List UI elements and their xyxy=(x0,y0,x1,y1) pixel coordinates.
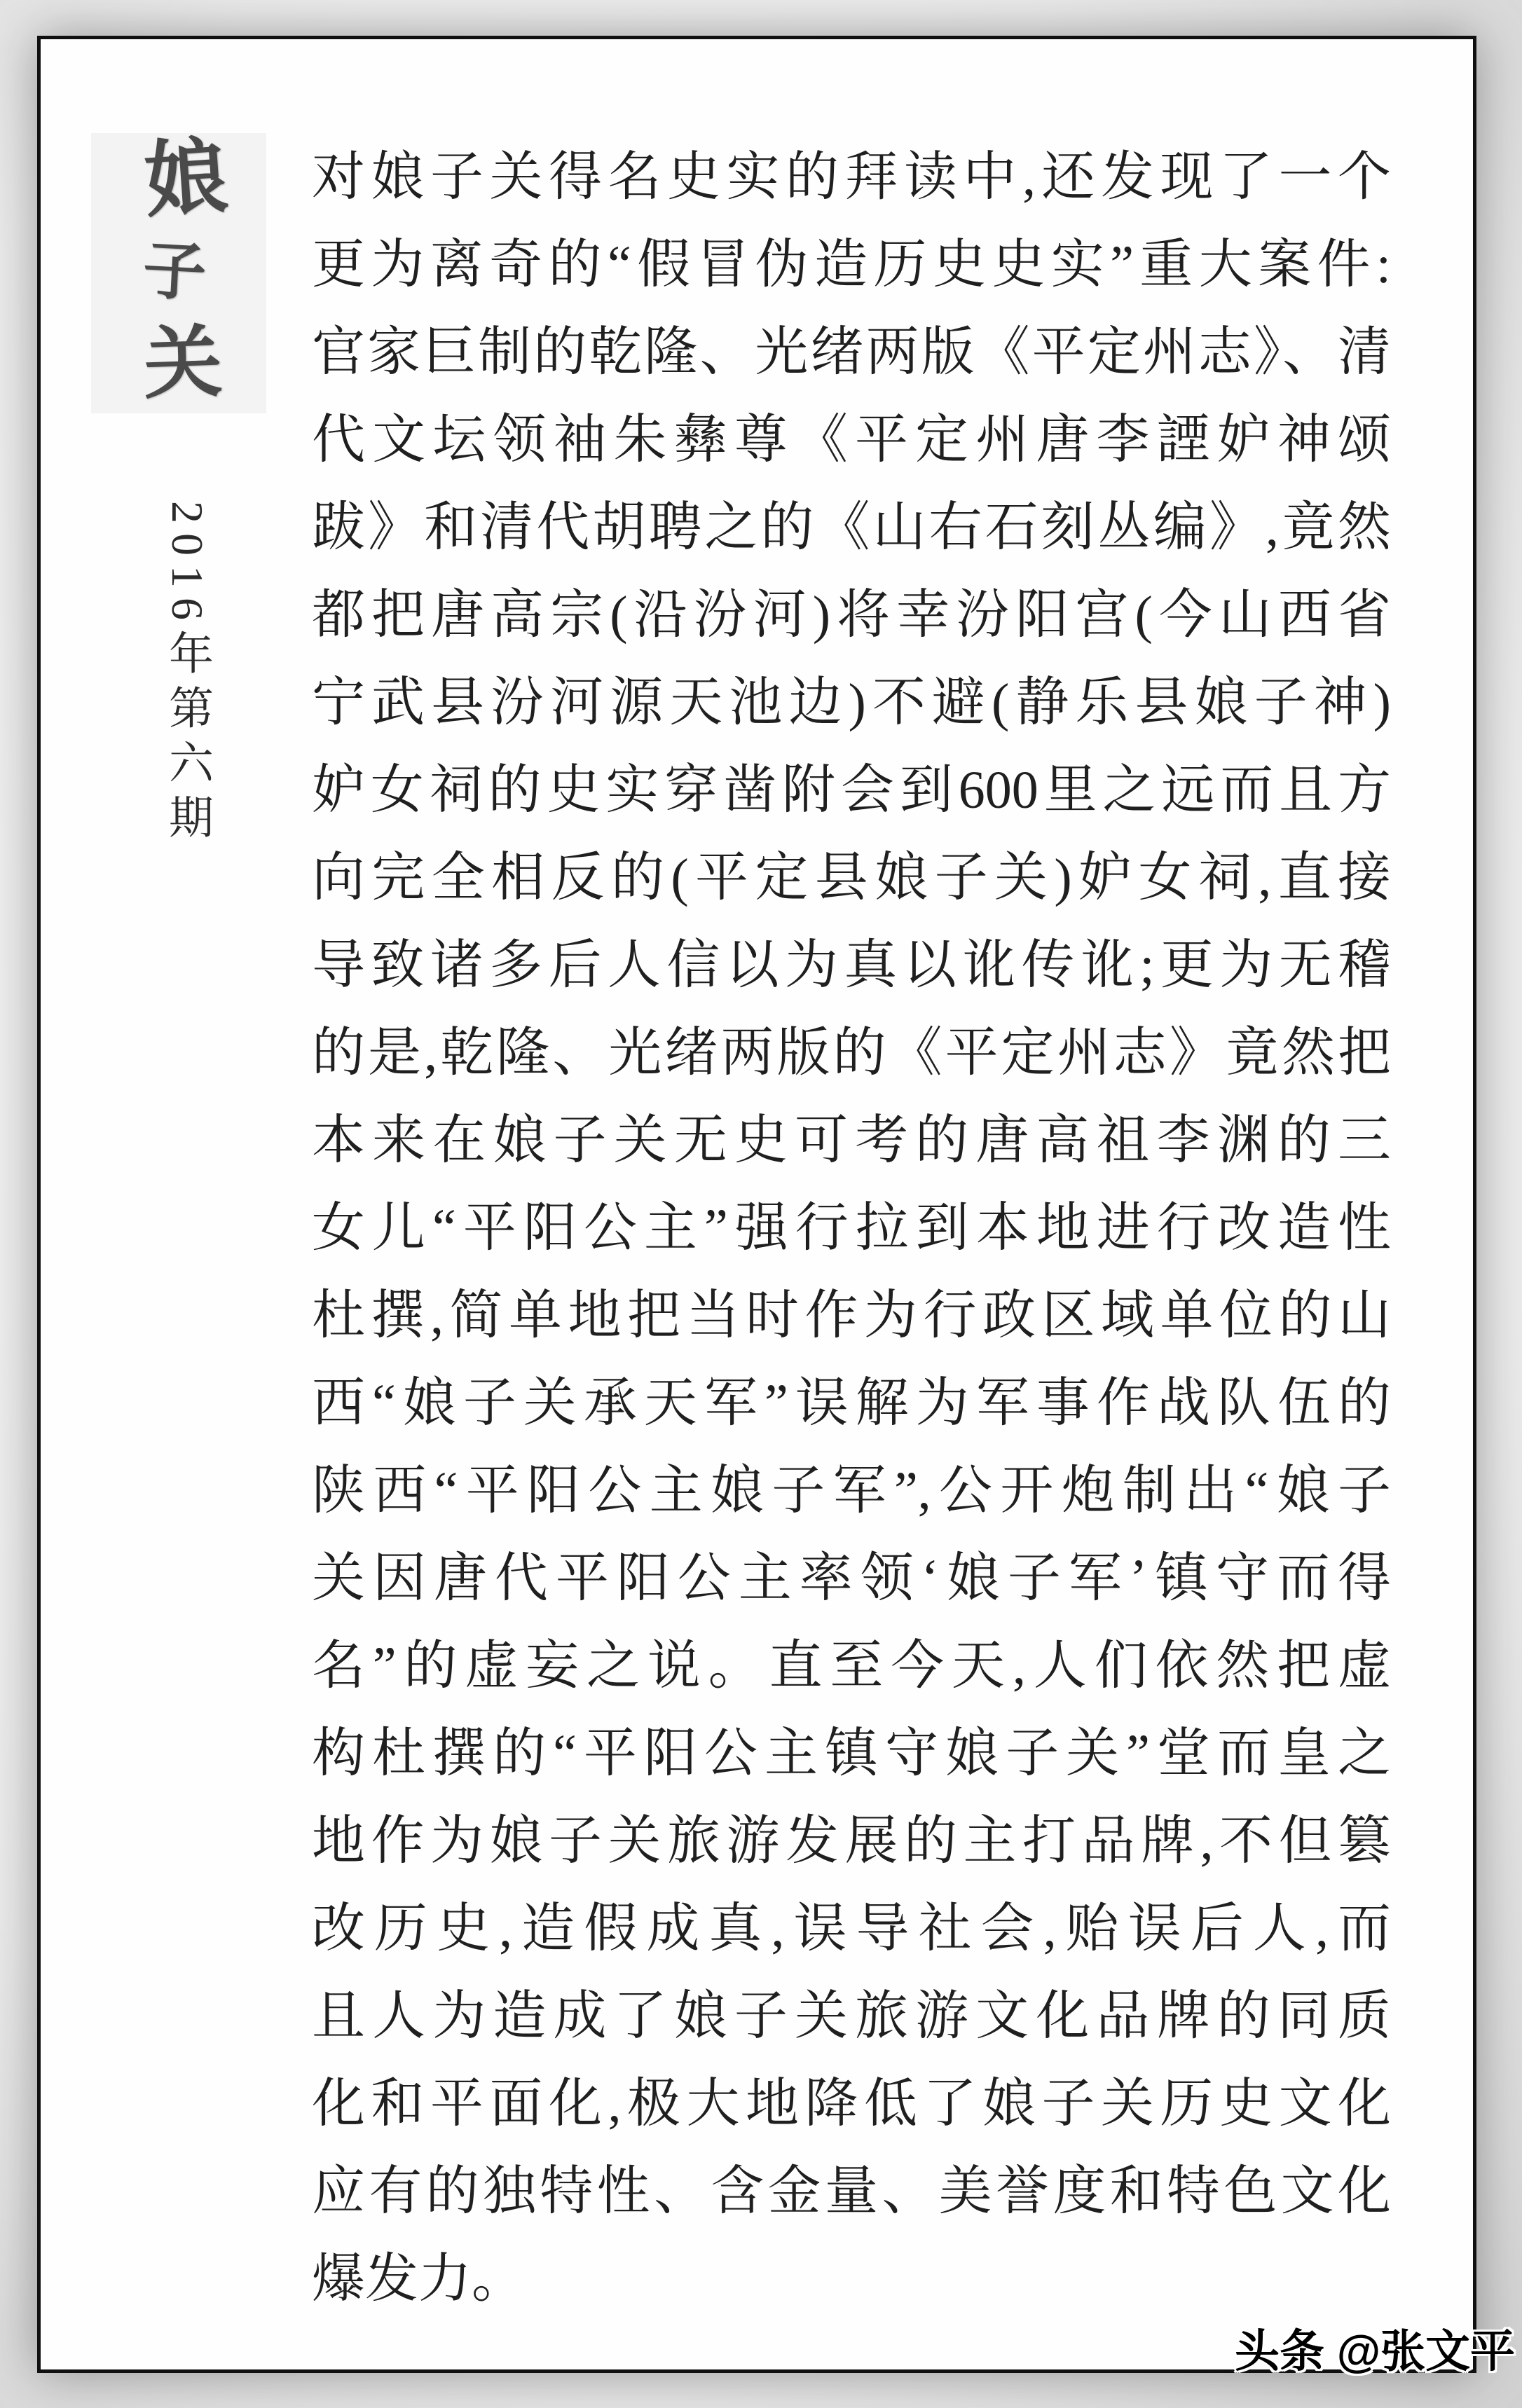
body-line: 爆发力。 xyxy=(312,2236,1391,2323)
body-line: 西“娘子关承天军”误解为军事作战队伍的 xyxy=(312,1360,1391,1447)
body-line: 代文坛领袖朱彝尊《平定州唐李諲妒神颂 xyxy=(312,397,1391,484)
scan-background: { "colors": { "backdrop": "#c6c6c6", "pa… xyxy=(0,0,1522,2408)
body-line: 改历史,造假成真,误导社会,贻误后人,而 xyxy=(312,1885,1391,1973)
body-line: 都把唐高宗(沿汾河)将幸汾阳宫(今山西省 xyxy=(312,572,1391,659)
body-line: 地作为娘子关旅游发展的主打品牌,不但篡 xyxy=(312,1798,1391,1885)
body-line: 官家巨制的乾隆、光绪两版《平定州志》、清 xyxy=(312,309,1391,397)
body-line: 对娘子关得名史实的拜读中,还发现了一个 xyxy=(312,134,1391,221)
body-line: 宁武县汾河源天池边)不避(静乐县娘子神) xyxy=(312,659,1391,747)
watermark: 头条 @张文平 xyxy=(1235,2316,1515,2380)
logo-char: 子 xyxy=(142,240,208,306)
logo-char: 娘 xyxy=(142,135,230,223)
body-line: 构杜撰的“平阳公主镇守娘子关”堂而皇之 xyxy=(312,1710,1391,1798)
logo-char: 关 xyxy=(142,324,224,405)
body-line: 且人为造成了娘子关旅游文化品牌的同质 xyxy=(312,1973,1391,2060)
body-line: 关因唐代平阳公主率领‘娘子军’镇守而得 xyxy=(312,1535,1391,1623)
body-line: 女儿“平阳公主”强行拉到本地进行改造性 xyxy=(312,1185,1391,1272)
body-line: 导致诸多后人信以为真以讹传讹;更为无稽 xyxy=(312,922,1391,1010)
body-line: 陕西“平阳公主娘子军”,公开炮制出“娘子 xyxy=(312,1447,1391,1535)
article-body: 对娘子关得名史实的拜读中,还发现了一个 更为离奇的“假冒伪造历史史实”重大案件:… xyxy=(312,134,1391,2323)
issue-label: 2016年第六期 xyxy=(155,501,219,949)
body-line: 更为离奇的“假冒伪造历史史实”重大案件: xyxy=(312,221,1391,309)
body-line: 应有的独特性、含金量、美誉度和特色文化 xyxy=(312,2148,1391,2236)
body-line: 杜撰,简单地把当时作为行政区域单位的山 xyxy=(312,1272,1391,1360)
body-line: 跋》和清代胡聘之的《山右石刻丛编》,竟然 xyxy=(312,484,1391,572)
body-line: 向完全相反的(平定县娘子关)妒女祠,直接 xyxy=(312,834,1391,922)
body-line: 妒女祠的史实穿凿附会到600里之远而且方 xyxy=(312,747,1391,834)
body-line: 的是,乾隆、光绪两版的《平定州志》竟然把 xyxy=(312,1010,1391,1097)
masthead-logo: 娘 子 关 xyxy=(91,133,266,413)
body-line: 本来在娘子关无史可考的唐高祖李渊的三 xyxy=(312,1097,1391,1185)
body-line: 化和平面化,极大地降低了娘子关历史文化 xyxy=(312,2060,1391,2148)
magazine-page: 娘 子 关 2016年第六期 对娘子关得名史实的拜读中,还发现了一个 更为离奇的… xyxy=(37,36,1476,2373)
body-line: 名”的虚妄之说。直至今天,人们依然把虚 xyxy=(312,1623,1391,1710)
